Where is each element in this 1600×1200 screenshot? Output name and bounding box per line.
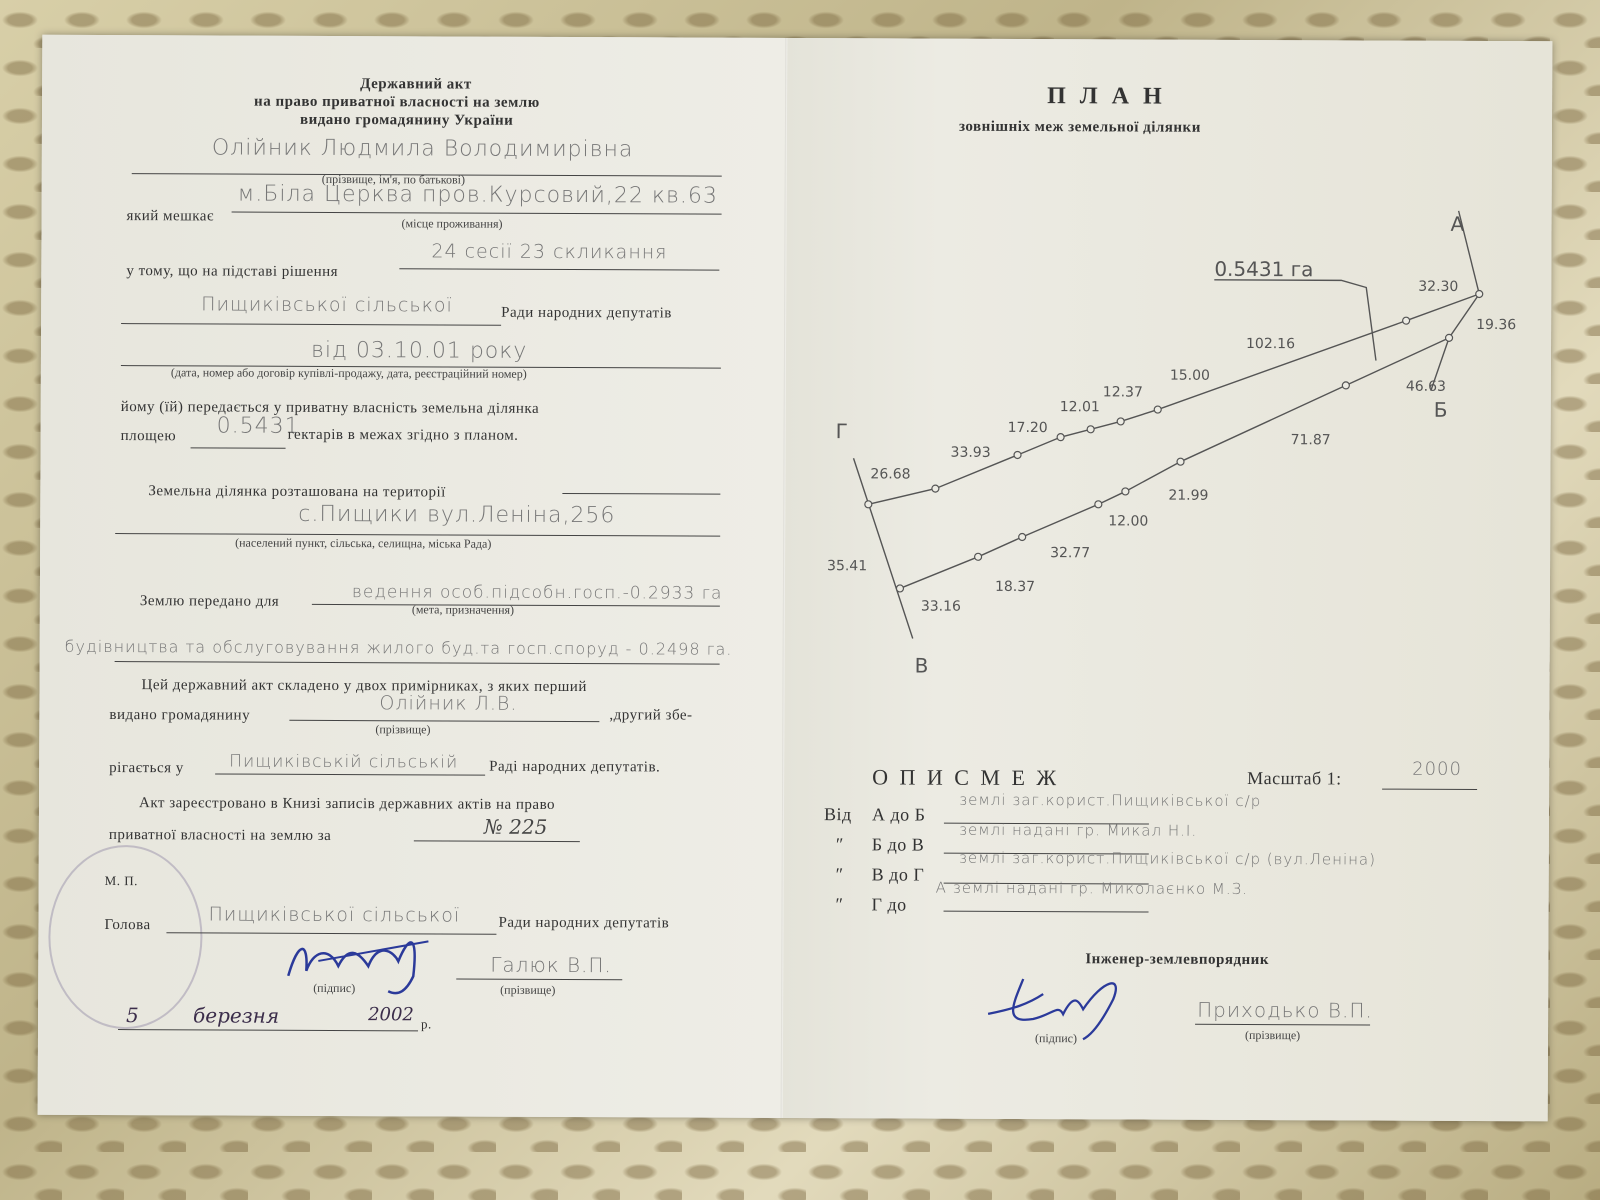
svg-text:19.36: 19.36	[1476, 317, 1516, 333]
area-label: площею	[121, 428, 177, 445]
act-title: Державний акт	[360, 76, 472, 93]
area-suffix: гектарів в межах згідно з планом.	[288, 427, 519, 445]
issued-value: Олійник Л.В.	[379, 692, 517, 715]
head-label: Голова	[104, 917, 150, 934]
engineer-name: Приходько В.П.	[1197, 998, 1373, 1023]
divider	[1382, 789, 1477, 790]
svg-text:15.00: 15.00	[1170, 368, 1210, 384]
boundary-value: землі заг.корист.Пищиківської с/р	[959, 791, 1261, 810]
registered-text-2: приватної власності на землю за	[109, 827, 332, 845]
svg-text:12.37: 12.37	[1103, 384, 1143, 400]
scale-value: 2000	[1412, 759, 1462, 780]
registered-text: Акт зареєстровано в Книзі записів держав…	[139, 795, 555, 814]
svg-text:18.37: 18.37	[995, 579, 1035, 595]
scale-label: Масштаб 1:	[1247, 768, 1342, 789]
head-signature	[278, 931, 448, 1002]
resides-label: який мешкає	[127, 208, 214, 225]
transfer-text: йому (їй) передається у приватну власніс…	[121, 399, 539, 418]
boundary-label: Г до	[872, 894, 907, 915]
svg-text:32.77: 32.77	[1050, 545, 1090, 561]
decision-label: у тому, що на підставі рішення	[126, 263, 338, 281]
boundary-value: землі заг.корист.Пищиківської с/р (вул.Л…	[959, 849, 1376, 869]
sign-year: 2002	[368, 1004, 414, 1025]
act-title-line3: видано громадянину України	[300, 112, 513, 130]
land-plot-plan-diagram: 0.5431 га А Б В Г 26.6833.9317.20 12.011…	[784, 38, 1552, 741]
stored-suffix: Раді народних депутатів.	[489, 759, 660, 777]
council-value: Пищиківської сільської	[201, 293, 453, 316]
signature-caption: (підпис)	[313, 981, 355, 996]
right-page: П Л А Н зовнішніх меж земельної ділянки …	[783, 38, 1553, 1121]
svg-text:21.99: 21.99	[1168, 488, 1208, 504]
boundary-description-title: О П И С М Е Ж	[872, 764, 1059, 791]
stored-value: Пищиківській сільській	[229, 752, 458, 773]
svg-text:35.41: 35.41	[827, 558, 867, 574]
divider	[118, 1029, 418, 1031]
svg-text:12.00: 12.00	[1108, 513, 1148, 529]
divider	[215, 773, 485, 775]
year-suffix: р.	[421, 1016, 432, 1032]
boundary-prefix: ″	[836, 894, 844, 915]
location-label: Земельна ділянка розташована на територі…	[148, 483, 446, 501]
sign-month: березня	[193, 1003, 279, 1027]
owner-name: Олійник Людмила Володимирівна	[212, 135, 634, 162]
west-boundary	[853, 458, 914, 638]
divider	[944, 911, 1149, 913]
corner-b: Б	[1434, 398, 1448, 422]
location-value: с.Пищики вул.Леніна,256	[298, 502, 615, 528]
engineer-signature-caption: (підпис)	[1035, 1031, 1077, 1046]
head-suffix: Ради народних депутатів	[498, 915, 669, 933]
boundary-label: Б до В	[872, 834, 925, 855]
divider	[1195, 1024, 1370, 1026]
issued-suffix: ,другий збе-	[609, 707, 692, 724]
engineer-title: Інженер-землевпорядник	[1085, 951, 1269, 969]
purpose-label: Землю передано для	[140, 593, 279, 611]
divider	[312, 604, 720, 607]
head-name: Галюк В.П.	[490, 953, 612, 978]
svg-text:26.68: 26.68	[870, 466, 910, 482]
divider	[115, 661, 720, 665]
issued-label: видано громадянину	[109, 707, 250, 725]
svg-text:17.20: 17.20	[1008, 420, 1048, 436]
boundary-value: А землі надані гр. Миколаєнко М.З.	[936, 879, 1248, 898]
head-council: Пищиківської сільської	[208, 903, 460, 926]
plot-area-label: 0.5431 га	[1214, 257, 1313, 281]
corner-g: Г	[836, 419, 848, 443]
council-suffix: Ради народних депутатів	[501, 305, 672, 323]
divider	[414, 840, 580, 842]
purpose-value-2: будівництва та обслуговування жилого буд…	[65, 637, 733, 659]
boundary-label: В до Г	[872, 864, 925, 885]
address-caption: (місце проживання)	[402, 216, 503, 231]
svg-text:32.30: 32.30	[1418, 279, 1458, 295]
svg-text:33.16: 33.16	[921, 599, 961, 615]
boundary-value: землі надані гр. Микал Н.І.	[959, 821, 1197, 840]
land-ownership-act-document: Державний акт на право приватної власнос…	[38, 35, 1553, 1122]
svg-text:71.87: 71.87	[1291, 432, 1331, 448]
boundary-label: А до Б	[872, 804, 926, 825]
divider	[456, 979, 622, 981]
boundary-prefix: ″	[836, 834, 844, 855]
svg-text:12.01: 12.01	[1060, 399, 1100, 415]
decision-date: від 03.10.01 року	[311, 338, 527, 364]
svg-text:102.16: 102.16	[1246, 336, 1295, 352]
divider	[289, 720, 599, 722]
registry-number: № 225	[484, 815, 548, 839]
decision-value: 24 сесії 23 скликання	[431, 240, 667, 263]
head-name-caption: (прізвище)	[500, 983, 555, 998]
boundary-prefix: ″	[836, 864, 844, 885]
divider	[232, 212, 722, 215]
address: м.Біла Церква пров.Курсовий,22 кв.63	[238, 182, 718, 209]
engineer-name-caption: (прізвище)	[1245, 1028, 1300, 1043]
purpose-value-1: ведення особ.підсобн.госп.-0.2933 га	[352, 582, 723, 604]
north-boundary	[868, 291, 1479, 507]
date-caption: (дата, номер або договір купівлі-продажу…	[171, 365, 527, 382]
corner-v: В	[915, 654, 929, 678]
sign-day: 5	[126, 1003, 139, 1027]
stored-label: рігається у	[109, 760, 184, 777]
boundary-prefix: Від	[824, 804, 852, 825]
divider	[562, 493, 720, 495]
left-page: Державний акт на право приватної власнос…	[38, 35, 788, 1118]
purpose-caption: (мета, призначення)	[412, 602, 514, 617]
area-leader-line	[1214, 280, 1376, 361]
location-caption: (населений пункт, сільська, селищна, міс…	[235, 536, 491, 552]
divider	[399, 268, 719, 270]
divider	[121, 323, 501, 326]
copies-text: Цей державний акт складено у двох примір…	[141, 677, 586, 696]
divider	[191, 447, 286, 448]
svg-text:33.93: 33.93	[951, 445, 991, 461]
svg-text:46.63: 46.63	[1406, 379, 1446, 395]
surname-caption: (прізвище)	[375, 722, 430, 737]
act-title-line2: на право приватної власності на землю	[254, 94, 540, 112]
corner-a: А	[1450, 212, 1464, 236]
seal-label: М. П.	[105, 873, 138, 889]
